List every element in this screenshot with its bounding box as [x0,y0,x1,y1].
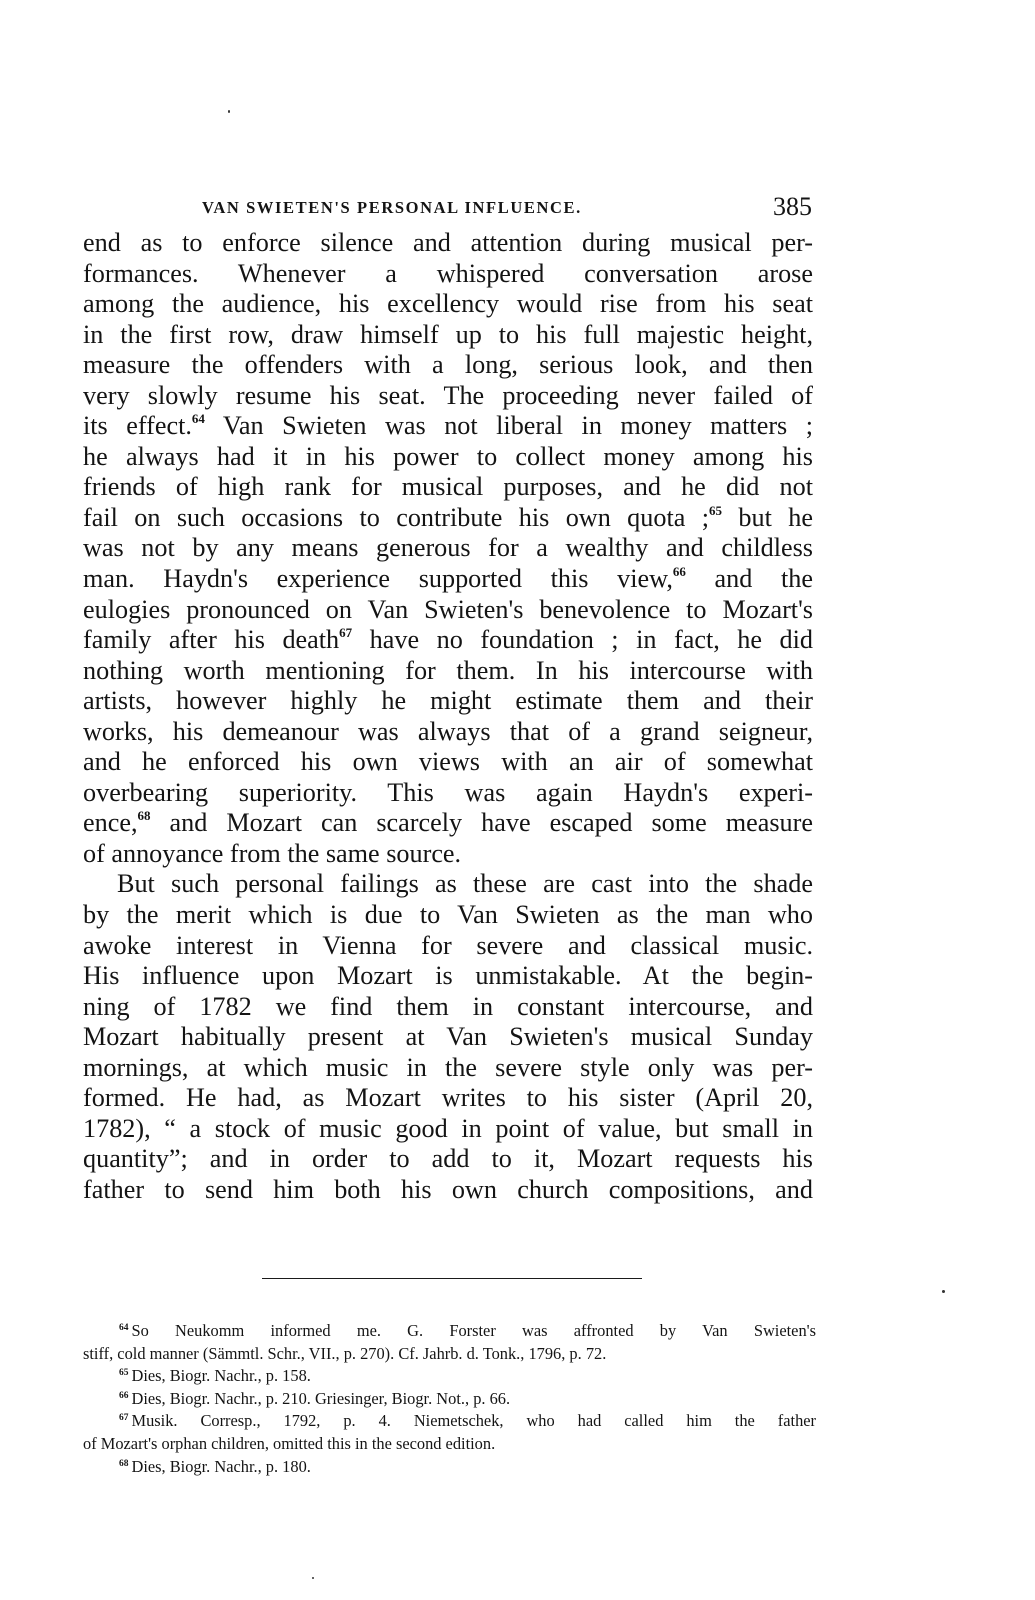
text-line: Mozart habitually present at Van Swieten… [83,1022,813,1053]
text-line: by the merit which is due to Van Swieten… [83,900,813,931]
text-line: measure the offenders with a long, serio… [83,350,813,381]
footnote-ref-64[interactable]: 64 [192,411,205,426]
footnote-ref-66[interactable]: 66 [673,564,686,579]
running-title: VAN SWIETEN'S PERSONAL INFLUENCE. [202,198,582,218]
text-line: artists, however highly he might estimat… [83,686,813,717]
footnote-text: Dies, Biogr. Nachr., p. 180. [132,1457,311,1476]
footnote-65: 65Dies, Biogr. Nachr., p. 158. [83,1365,816,1388]
running-head: VAN SWIETEN'S PERSONAL INFLUENCE. 385 [160,192,812,226]
footnote-text: Dies, Biogr. Nachr., p. 158. [132,1366,311,1385]
body-text: end as to enforce silence and attention … [83,228,813,1206]
text-line: formances. Whenever a whispered conversa… [83,259,813,290]
text-segment: and the [686,564,813,593]
scan-speck [228,110,230,113]
text-line: quantity”; and in order to add to it, Mo… [83,1144,813,1175]
page-number: 385 [773,192,812,222]
text-line: was not by any means generous for a weal… [83,533,813,564]
footnote-number: 66 [119,1391,129,1401]
scan-speck [942,1290,945,1293]
text-segment: fail on such occasions to contribute his… [83,503,709,532]
text-segment: ence, [83,808,138,837]
text-line: father to send him both his own church c… [83,1175,813,1206]
footnote-number: 67 [119,1413,129,1423]
text-line: man. Haydn's experience supported this v… [83,564,813,595]
text-segment: family after his death [83,625,339,654]
footnote-text: Dies, Biogr. Nachr., p. 210. Griesinger,… [132,1389,511,1408]
footnote-text: Musik. Corresp., 1792, p. 4. Niemetschek… [132,1411,817,1430]
footnote-number: 64 [119,1323,129,1333]
text-line: 1782), “ a stock of music good in point … [83,1114,813,1145]
footnote-68: 68Dies, Biogr. Nachr., p. 180. [83,1456,816,1479]
text-line: friends of high rank for musical purpose… [83,472,813,503]
footnote-66: 66Dies, Biogr. Nachr., p. 210. Griesinge… [83,1388,816,1411]
footnote-ref-68[interactable]: 68 [138,808,151,823]
footnote-67: 67Musik. Corresp., 1792, p. 4. Niemetsch… [83,1410,816,1433]
text-line: fail on such occasions to contribute his… [83,503,813,534]
footnote-67-continued: of Mozart's orphan children, omitted thi… [83,1433,816,1456]
text-line: family after his death67 have no foundat… [83,625,813,656]
book-page: VAN SWIETEN'S PERSONAL INFLUENCE. 385 en… [0,0,1035,1600]
text-segment: its effect. [83,411,192,440]
paragraph-start-line: But such personal failings as these are … [83,869,813,900]
footnotes: 64So Neukomm informed me. G. Forster was… [83,1320,816,1478]
footnote-text: of Mozart's orphan children, omitted thi… [83,1434,495,1453]
text-line: works, his demeanour was always that of … [83,717,813,748]
text-line: very slowly resume his seat. The proceed… [83,381,813,412]
footnote-64-continued: stiff, cold manner (Sämmtl. Schr., VII.,… [83,1343,816,1366]
text-line: overbearing superiority. This was again … [83,778,813,809]
text-segment: but he [722,503,813,532]
footnote-divider [262,1278,642,1279]
text-line: formed. He had, as Mozart writes to his … [83,1083,813,1114]
footnote-ref-65[interactable]: 65 [709,503,722,518]
text-line: in the first row, draw himself up to his… [83,320,813,351]
text-line: of annoyance from the same source. [83,839,813,870]
text-line: ning of 1782 we find them in constant in… [83,992,813,1023]
text-line: he always had it in his power to collect… [83,442,813,473]
footnote-64: 64So Neukomm informed me. G. Forster was… [83,1320,816,1343]
text-segment: have no foundation ; in fact, he did [352,625,813,654]
footnote-text: stiff, cold manner (Sämmtl. Schr., VII.,… [83,1344,606,1363]
text-line: His influence upon Mozart is unmistakabl… [83,961,813,992]
footnote-number: 68 [119,1459,129,1469]
text-line: nothing worth mentioning for them. In hi… [83,656,813,687]
text-segment: man. Haydn's experience supported this v… [83,564,673,593]
text-line: its effect.64 Van Swieten was not libera… [83,411,813,442]
text-line: end as to enforce silence and attention … [83,228,813,259]
footnote-text: So Neukomm informed me. G. Forster was a… [132,1321,817,1340]
text-segment: Van Swieten was not liberal in money mat… [205,411,813,440]
text-line: mornings, at which music in the severe s… [83,1053,813,1084]
text-line: eulogies pronounced on Van Swieten's ben… [83,595,813,626]
text-line: ence,68 and Mozart can scarcely have esc… [83,808,813,839]
text-line: among the audience, his excellency would… [83,289,813,320]
scan-speck [312,1577,314,1579]
text-line: awoke interest in Vienna for severe and … [83,931,813,962]
text-segment: and Mozart can scarcely have escaped som… [151,808,813,837]
footnote-number: 65 [119,1368,129,1378]
text-line: and he enforced his own views with an ai… [83,747,813,778]
footnote-ref-67[interactable]: 67 [339,625,352,640]
